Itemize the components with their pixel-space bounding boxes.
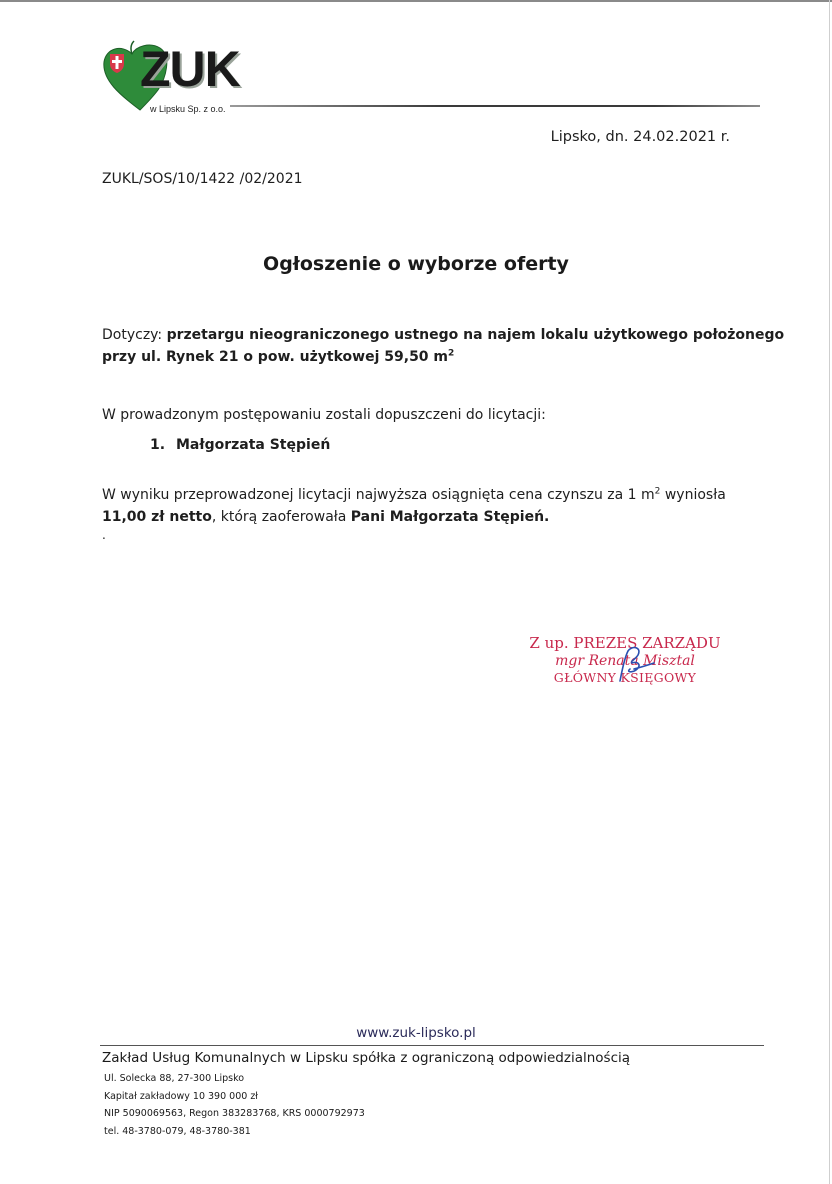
- company-logo: ZUK w Lipsku Sp. z o.o.: [100, 40, 260, 115]
- list-number: 1.: [150, 437, 176, 453]
- footer-divider: [100, 1045, 764, 1046]
- scan-top-edge: [0, 0, 832, 2]
- result-middle: , którą zaoferowała: [212, 509, 351, 525]
- subject-text-line2: przy ul. Rynek 21 o pow. użytkowej 59,50…: [102, 349, 448, 365]
- logo-subtitle: w Lipsku Sp. z o.o.: [150, 104, 226, 114]
- subject-paragraph: Dotyczy: przetargu nieograniczonego ustn…: [102, 324, 784, 368]
- trailing-dot: .: [102, 528, 106, 542]
- result-line1: W wyniku przeprowadzonej licytacji najwy…: [102, 487, 655, 503]
- participant-name: Małgorzata Stępień: [176, 437, 330, 453]
- winning-bidder: Pani Małgorzata Stępień.: [351, 509, 550, 525]
- subject-unit-superscript: 2: [448, 348, 454, 358]
- result-line1-end: wyniosła: [660, 487, 725, 503]
- document-title: Ogłoszenie o wyborze oferty: [0, 255, 832, 274]
- reference-number: ZUKL/SOS/10/1422 /02/2021: [102, 172, 303, 186]
- company-address: Ul. Solecka 88, 27-300 Lipsko: [104, 1073, 244, 1084]
- admitted-list-item: 1.Małgorzata Stępień: [150, 437, 330, 453]
- admitted-intro: W prowadzonym postępowaniu zostali dopus…: [102, 404, 546, 426]
- result-paragraph: W wyniku przeprowadzonej licytacji najwy…: [102, 484, 726, 528]
- winning-price: 11,00 zł netto: [102, 509, 212, 525]
- header-divider: [230, 105, 760, 107]
- website-link[interactable]: www.zuk-lipsko.pl: [0, 1025, 832, 1041]
- scan-right-edge: [829, 0, 830, 1184]
- company-name: Zakład Usług Komunalnych w Lipsku spółka…: [102, 1050, 630, 1066]
- logo-wordmark: ZUK: [140, 44, 240, 94]
- company-phone: tel. 48-3780-079, 48-3780-381: [104, 1126, 251, 1137]
- subject-text-line1: przetargu nieograniczonego ustnego na na…: [167, 327, 785, 343]
- company-registry: NIP 5090069563, Regon 383283768, KRS 000…: [104, 1108, 365, 1119]
- subject-label: Dotyczy:: [102, 327, 167, 343]
- place-and-date: Lipsko, dn. 24.02.2021 r.: [551, 130, 730, 145]
- handwritten-signature-icon: [608, 645, 658, 685]
- company-capital: Kapitał zakładowy 10 390 000 zł: [104, 1091, 258, 1102]
